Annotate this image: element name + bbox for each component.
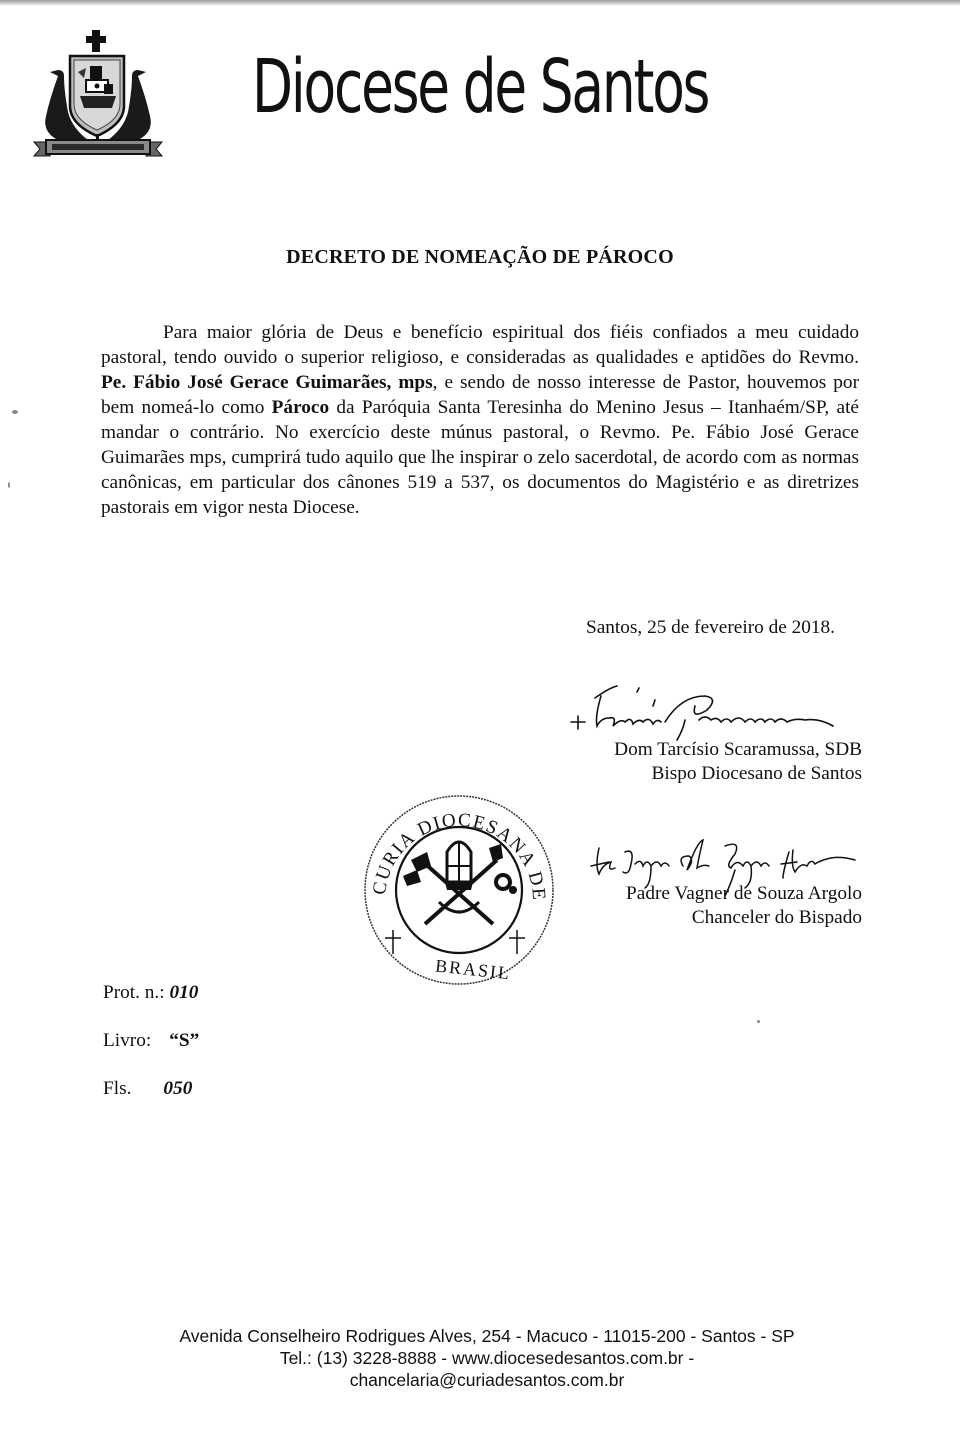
signatory-name: Dom Tarcísio Scaramussa, SDB bbox=[614, 738, 862, 762]
signatory-chancellor: Padre Vagner de Souza Argolo Chanceler d… bbox=[626, 882, 862, 930]
pages-label: Fls. bbox=[103, 1078, 131, 1099]
decree-paragraph: Para maior glória de Deus e benefício es… bbox=[101, 320, 859, 520]
footer-address: Avenida Conselheiro Rodrigues Alves, 254… bbox=[0, 1325, 960, 1347]
footer-contact: Tel.: (13) 3228-8888 - www.diocesedesant… bbox=[0, 1347, 960, 1369]
appointee-name: Pe. Fábio José Gerace Guimarães, mps bbox=[101, 372, 433, 393]
footer-email: chancelaria@curiadesantos.com.br bbox=[0, 1369, 960, 1391]
curia-seal-icon: CURIA DIOCESANA DE SANTOS BRASIL bbox=[355, 790, 563, 988]
appointed-role: Pároco bbox=[272, 397, 329, 418]
registry-protocol: Prot. n.: 010 bbox=[103, 982, 198, 1004]
registry-pages: Fls.050 bbox=[103, 1078, 192, 1100]
diocese-coat-of-arms-icon bbox=[28, 28, 168, 158]
pages-value: 050 bbox=[163, 1078, 192, 1099]
paragraph-text: Para maior glória de Deus e benefício es… bbox=[101, 322, 859, 368]
letterhead-footer: Avenida Conselheiro Rodrigues Alves, 254… bbox=[0, 1325, 960, 1391]
scan-edge-shadow bbox=[0, 0, 960, 6]
handwritten-signature-icon bbox=[565, 676, 865, 746]
registry-book: Livro:“S” bbox=[103, 1030, 199, 1052]
scan-speck bbox=[12, 410, 18, 414]
scan-speck bbox=[8, 482, 10, 488]
svg-text:BRASIL: BRASIL bbox=[434, 956, 512, 984]
protocol-label: Prot. n.: bbox=[103, 982, 165, 1003]
signatory-name: Padre Vagner de Souza Argolo bbox=[626, 882, 862, 906]
protocol-value: 010 bbox=[169, 982, 198, 1003]
book-value: “S” bbox=[169, 1030, 199, 1051]
signatory-role: Bispo Diocesano de Santos bbox=[614, 762, 862, 786]
date-line: Santos, 25 de fevereiro de 2018. bbox=[586, 617, 835, 639]
signatory-role: Chanceler do Bispado bbox=[626, 906, 862, 930]
scan-speck bbox=[757, 1020, 760, 1023]
book-label: Livro: bbox=[103, 1030, 151, 1051]
signatory-bishop: Dom Tarcísio Scaramussa, SDB Bispo Dioce… bbox=[614, 738, 862, 786]
brand-name: Diocese de Santos bbox=[252, 50, 708, 124]
document-title: DECRETO DE NOMEAÇÃO DE PÁROCO bbox=[0, 246, 960, 269]
